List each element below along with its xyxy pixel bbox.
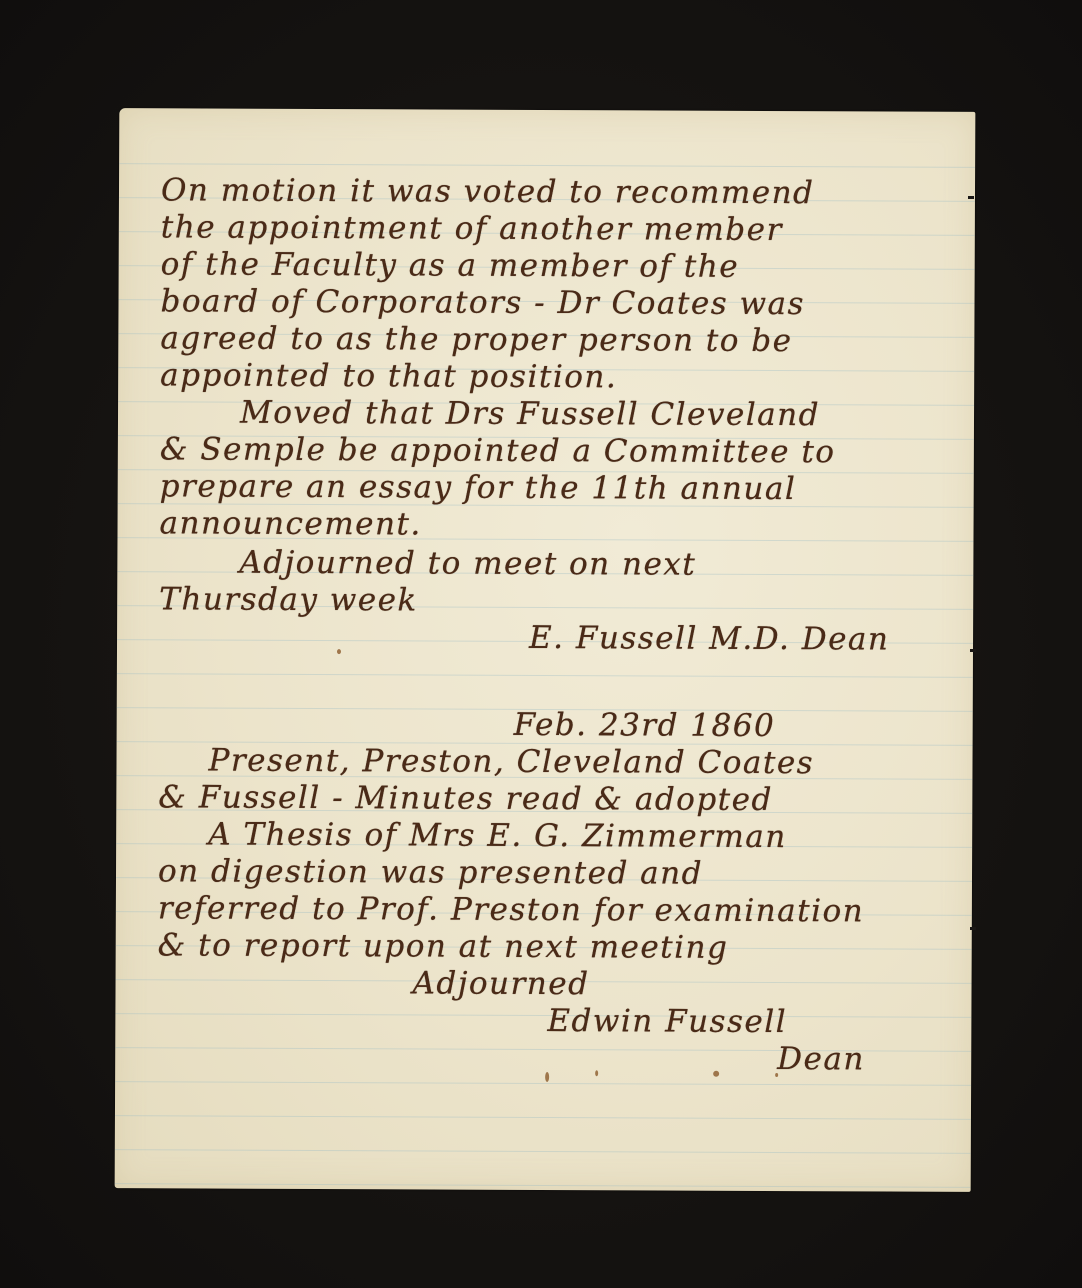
manuscript-page: On motion it was voted to recommend the …	[115, 108, 976, 1192]
minutes-line: agreed to as the proper person to be	[160, 320, 960, 360]
handwritten-minutes: On motion it was voted to recommend the …	[157, 172, 961, 1078]
minutes-line: board of Corporators - Dr Coates was	[160, 283, 960, 323]
minutes-line: & Semple be appointed a Committee to	[160, 431, 960, 471]
adjourned-line: Adjourned	[157, 964, 957, 1004]
dean-signature: Edwin Fussell	[157, 1001, 957, 1041]
minutes-line: Moved that Drs Fussell Cleveland	[160, 394, 960, 434]
minutes-line: referred to Prof. Preston for examinatio…	[158, 890, 958, 930]
edge-notch	[970, 649, 976, 652]
minutes-line: On motion it was voted to recommend	[161, 172, 961, 212]
minutes-line: Thursday week	[159, 581, 959, 621]
edge-notch	[968, 196, 974, 199]
dean-signature: E. Fussell M.D. Dean	[159, 618, 959, 658]
minutes-line: & to report upon at next meeting	[158, 927, 958, 967]
edge-notch	[970, 927, 976, 930]
minutes-line: & Fussell - Minutes read & adopted	[158, 779, 958, 819]
minutes-line: of the Faculty as a member of the	[161, 246, 961, 286]
meeting-date: Feb. 23rd 1860	[159, 705, 959, 745]
minutes-line: the appointment of another member	[161, 209, 961, 249]
minutes-line: Adjourned to meet on next	[159, 544, 959, 584]
minutes-line: announcement.	[159, 505, 959, 545]
minutes-line: Present, Preston, Cleveland Coates	[158, 742, 958, 782]
minutes-line: appointed to that position.	[160, 357, 960, 397]
minutes-line: A Thesis of Mrs E. G. Zimmerman	[158, 816, 958, 856]
minutes-line: prepare an essay for the 11th annual	[160, 468, 960, 508]
minutes-line: on digestion was presented and	[158, 853, 958, 893]
dean-title: Dean	[157, 1038, 957, 1078]
